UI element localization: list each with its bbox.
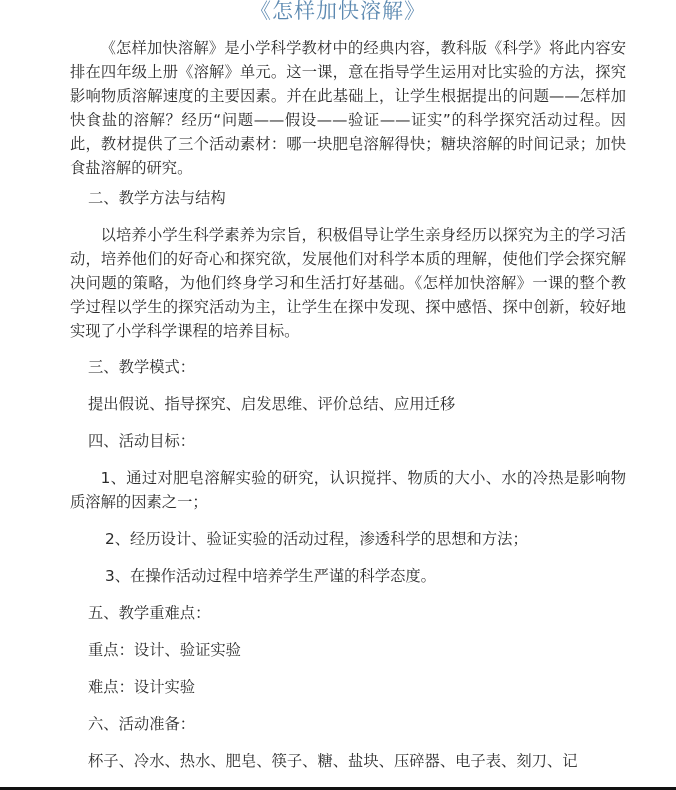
goal-item-3: 3、在操作活动过程中培养学生严谨的科学态度。	[105, 564, 436, 588]
section-heading-methods: 二、教学方法与结构	[88, 186, 226, 210]
goal-item-2: 2、经历设计、验证实验的活动过程，渗透科学的思想和方法；	[105, 527, 528, 551]
preparation-text: 杯子、冷水、热水、肥皂、筷子、糖、盐块、压碎器、电子表、刻刀、记	[88, 749, 578, 773]
intro-paragraph: 《怎样加快溶解》是小学科学教材中的经典内容，教科版《科学》将此内容安排在四年级上…	[70, 36, 626, 180]
difficulty-text: 难点：设计实验	[88, 675, 195, 699]
mode-text: 提出假说、指导探究、启发思维、评价总结、应用迁移	[88, 392, 455, 416]
section-heading-goals: 四、活动目标：	[88, 429, 195, 453]
goal-item-1: 1、通过对肥皂溶解实验的研究，认识搅拌、物质的大小、水的冷热是影响物质溶解的因素…	[70, 466, 626, 514]
key-point-text: 重点：设计、验证实验	[88, 638, 241, 662]
section-heading-preparation: 六、活动准备：	[88, 712, 195, 736]
document-title: 《怎样加快溶解》	[0, 0, 676, 24]
methods-paragraph: 以培养小学生科学素养为宗旨，积极倡导让学生亲身经历以探究为主的学习活动，培养他们…	[70, 223, 626, 343]
section-heading-mode: 三、教学模式：	[88, 355, 195, 379]
section-heading-key-points: 五、教学重难点：	[88, 601, 210, 625]
